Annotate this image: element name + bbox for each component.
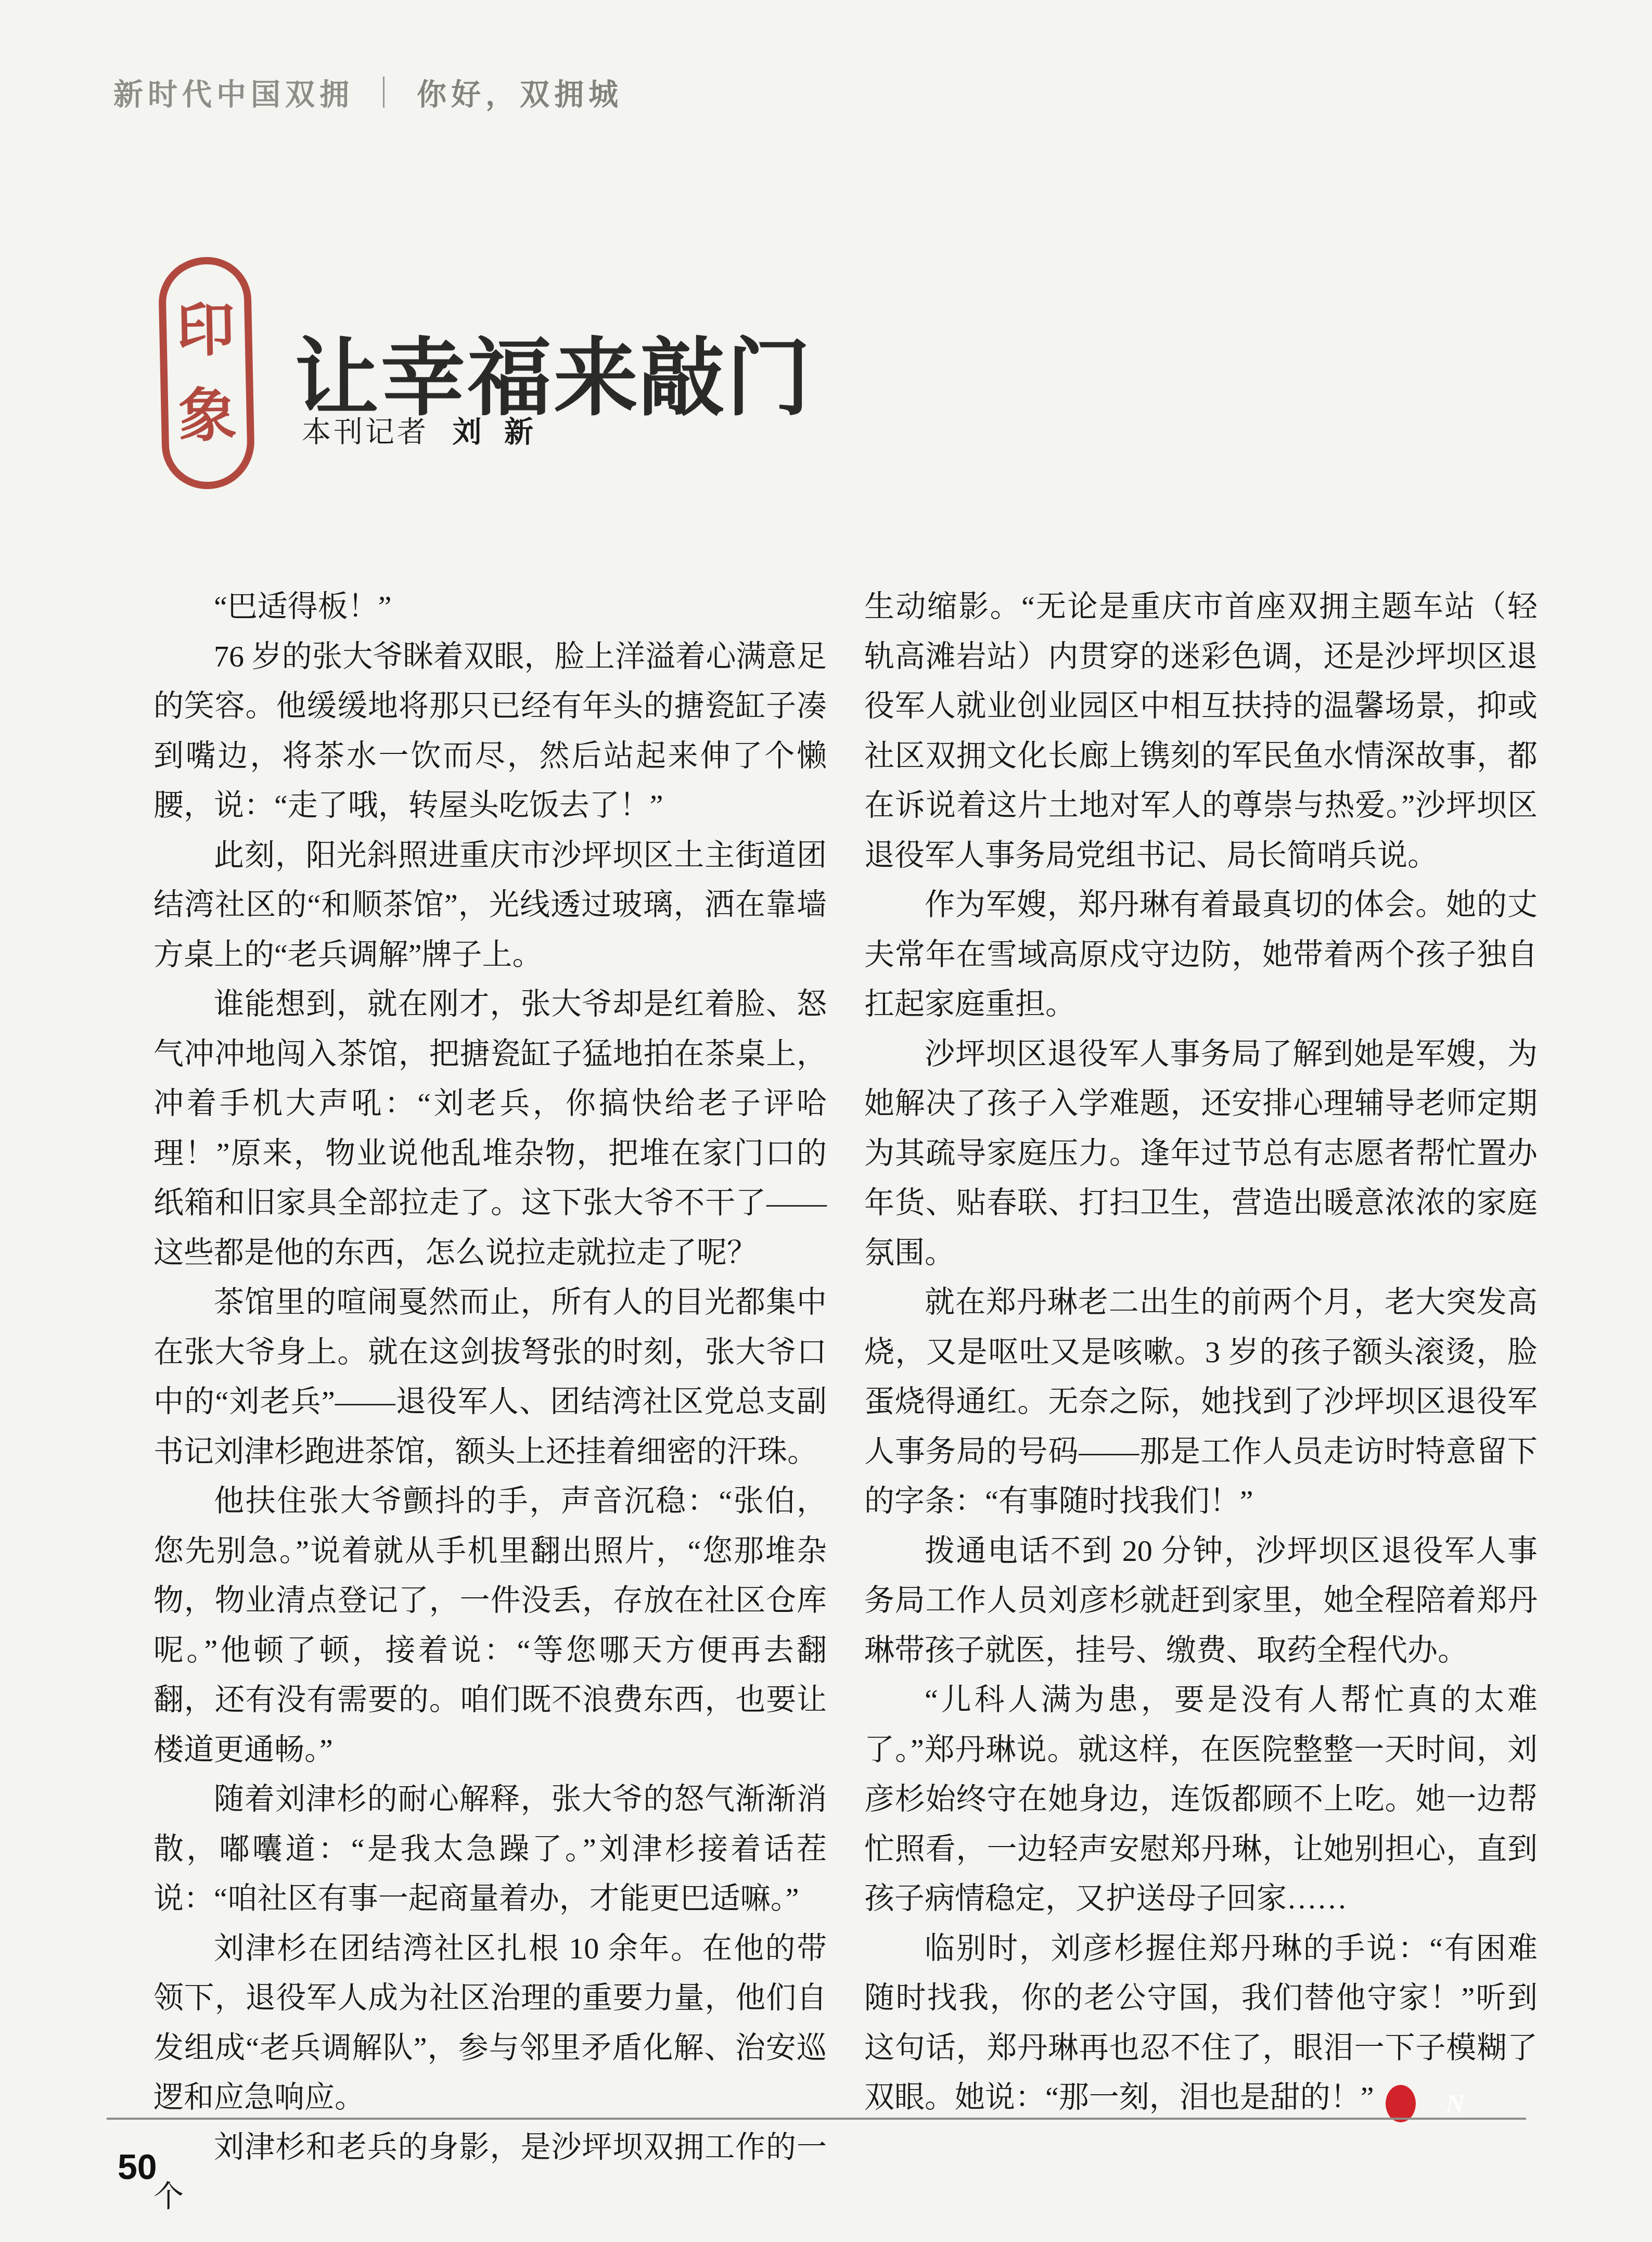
paragraph: 就在郑丹琳老二出生的前两个月，老大突发高烧，又是呕吐又是咳嗽。3 岁的孩子额头滚… bbox=[864, 1277, 1538, 1526]
paragraph: 临别时，刘彦杉握住郑丹琳的手说：“有困难随时找我，你的老公守国，我们替他守家！”… bbox=[864, 1924, 1538, 2123]
paragraph: 此刻，阳光斜照进重庆市沙坪坝区土主街道团结湾社区的“和顺茶馆”，光线透过玻璃，洒… bbox=[153, 830, 827, 980]
paragraph: 他扶住张大爷颤抖的手，声音沉稳：“张伯，您先别急。”说着就从手机里翻出照片，“您… bbox=[153, 1476, 827, 1774]
seal-char-top: 印 bbox=[176, 301, 235, 360]
header-subsection-label: 你好，双拥城 bbox=[417, 71, 623, 113]
paragraph: “儿科人满为患，要是没有人帮忙真的太难了。”郑丹琳说。就这样，在医院整整一天时间… bbox=[864, 1675, 1538, 1924]
paragraph: 刘津杉在团结湾社区扎根 10 余年。在他的带领下，退役军人成为社区治理的重要力量… bbox=[153, 1924, 827, 2122]
article-body: “巴适得板！”76 岁的张大爷眯着双眼，脸上洋溢着心满意足的笑容。他缓缓地将那只… bbox=[153, 582, 1538, 2222]
seal-char-bottom: 象 bbox=[178, 386, 237, 445]
header-section-label: 新时代中国双拥 bbox=[113, 71, 354, 113]
paragraph: 刘津杉和老兵的身影，是沙坪坝双拥工作的一个 bbox=[153, 2122, 827, 2222]
article-column-right: 生动缩影。“无论是重庆市首座双拥主题车站（轻轨高滩岩站）内贯穿的迷彩色调，还是沙… bbox=[864, 582, 1538, 2222]
footer-rule bbox=[107, 2118, 1526, 2120]
paragraph: 沙坪坝区退役军人事务局了解到她是军嫂，为她解决了孩子入学难题，还安排心理辅导老师… bbox=[864, 1029, 1538, 1278]
paragraph: 作为军嫂，郑丹琳有着最真切的体会。她的丈夫常年在雪域高原戍守边防，她带着两个孩子… bbox=[864, 880, 1538, 1029]
byline: 本刊记者 刘 新 bbox=[302, 409, 541, 451]
paragraph: 生动缩影。“无论是重庆市首座双拥主题车站（轻轨高滩岩站）内贯穿的迷彩色调，还是沙… bbox=[864, 582, 1538, 880]
article-end-mark-icon: N bbox=[1386, 2085, 1416, 2122]
paragraph: 76 岁的张大爷眯着双眼，脸上洋溢着心满意足的笑容。他缓缓地将那只已经有年头的搪… bbox=[153, 632, 827, 830]
page-header: 新时代中国双拥 你好，双拥城 bbox=[113, 71, 623, 113]
paragraph: 茶馆里的喧闹戛然而止，所有人的目光都集中在张大爷身上。就在这剑拔弩张的时刻，张大… bbox=[153, 1277, 827, 1476]
paragraph: 拨通电话不到 20 分钟，沙坪坝区退役军人事务局工作人员刘彦杉就赶到家里，她全程… bbox=[864, 1526, 1538, 1675]
article-column-left: “巴适得板！”76 岁的张大爷眯着双眼，脸上洋溢着心满意足的笑容。他缓缓地将那只… bbox=[153, 582, 827, 2222]
header-divider-rule bbox=[383, 76, 385, 108]
paragraph: 随着刘津杉的耐心解释，张大爷的怒气渐渐消散，嘟囔道：“是我太急躁了。”刘津杉接着… bbox=[153, 1774, 827, 1924]
paragraph: 谁能想到，就在刚才，张大爷却是红着脸、怒气冲冲地闯入茶馆，把搪瓷缸子猛地拍在茶桌… bbox=[153, 979, 827, 1277]
byline-label: 本刊记者 bbox=[302, 415, 429, 448]
impression-seal-stamp: 印 象 bbox=[158, 256, 255, 490]
magazine-page: { "page": { "background": "#f4f4f1", "pa… bbox=[0, 0, 1652, 2242]
byline-author: 刘 新 bbox=[453, 415, 541, 448]
page-number: 50 bbox=[118, 2147, 157, 2187]
paragraph: “巴适得板！” bbox=[153, 582, 827, 632]
